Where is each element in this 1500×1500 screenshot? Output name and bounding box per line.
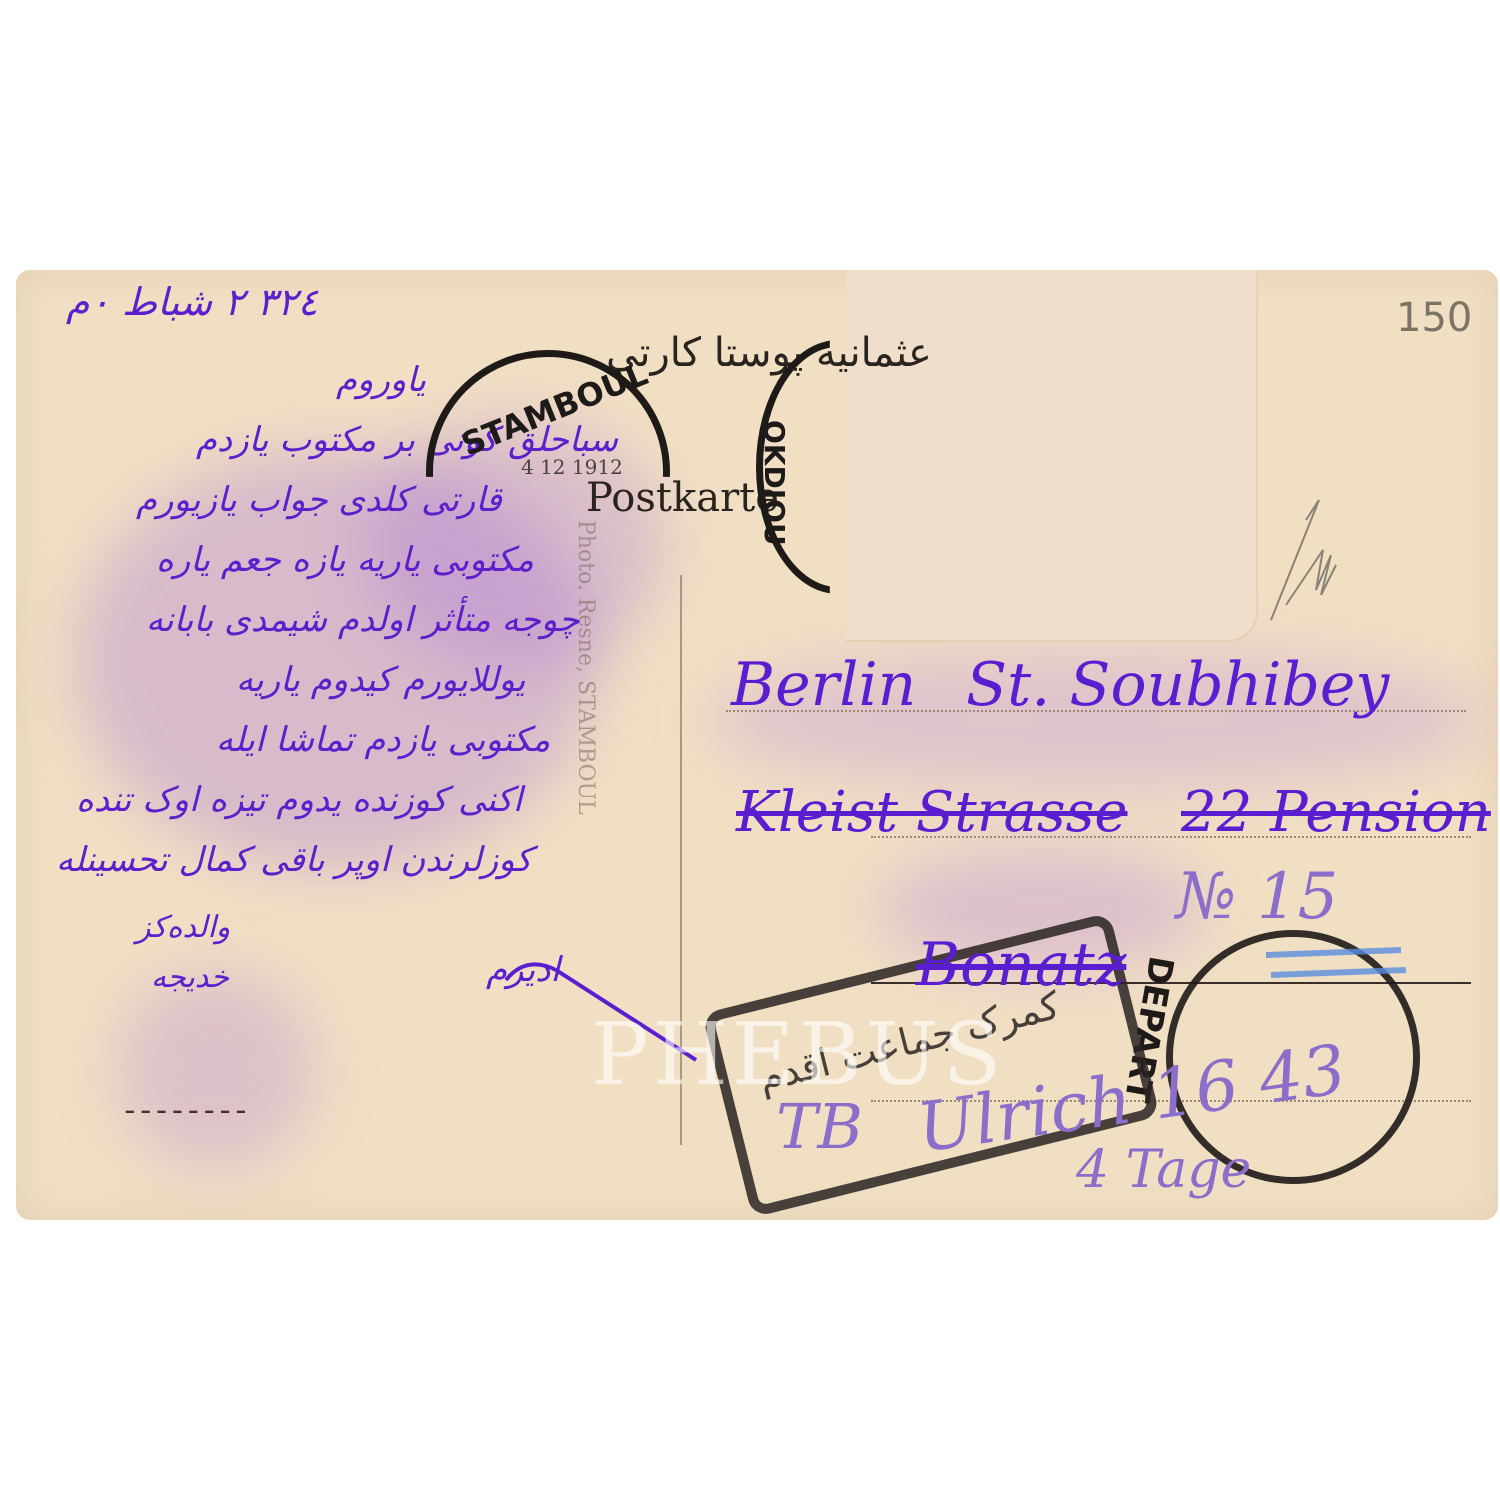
address-city: Berlin: [731, 650, 916, 720]
removed-stamp-area: [846, 270, 1258, 642]
message-line: مکتوبی یازدم تماشا ایله: [216, 720, 550, 760]
signature-line-1: والده‌کز: [136, 910, 230, 945]
postcard: 150 عثمانیه پوستا کارتی Postkarte Photo.…: [16, 270, 1498, 1220]
postmark-okdjou-text: OKDJOU: [758, 420, 791, 546]
signature-line-2: خدیجه: [151, 960, 229, 995]
address-number: № 15: [1176, 860, 1338, 934]
message-line: چوجه متأثر اولدم شیمدی بابانه: [146, 600, 579, 640]
redirect-note-2: 4 Tage: [1076, 1140, 1251, 1200]
message-line: یوللایورم کیدوم یاریه: [236, 660, 525, 700]
blue-crayon-mark-icon: [1261, 940, 1411, 990]
address-forward: Bonatz: [916, 930, 1126, 1000]
postmark-date: 4 12 1912: [521, 455, 623, 479]
message-line: مکتوبی یاریه یازه جعم یاره: [156, 540, 534, 580]
date-line: ۳۲٤ ۲ شباط ۰م: [66, 280, 318, 324]
header-ottoman: عثمانیه پوستا کارتی: [606, 330, 932, 376]
message-line: کوزلرندن اوپر باقی کمال تحسینله: [56, 840, 532, 880]
catalog-number: 150: [1396, 295, 1472, 341]
header-label: Postkarte: [586, 475, 779, 521]
address-recipient: St. Soubhibey: [966, 650, 1389, 720]
watermark: PHEBUS: [591, 1005, 1005, 1105]
message-line: قارتی کلدی جواب یازیورم: [136, 480, 502, 520]
message-line: یاوروم: [336, 360, 426, 400]
address-street: Kleist Strasse: [736, 780, 1127, 845]
ink-stain: [116, 970, 316, 1170]
address-struck: 22 Pension: [1181, 780, 1491, 845]
bottom-printed-line: ـ ـ ـ ـ ـ ـ ـ ـ: [126, 1090, 245, 1120]
message-line: اکنی کوزنده یدوم تیزه اوک تنده: [76, 780, 522, 820]
photographer-credit: Photo. Resne, STAMBOUL: [573, 520, 598, 815]
pencil-scribble-icon: [1261, 495, 1351, 625]
